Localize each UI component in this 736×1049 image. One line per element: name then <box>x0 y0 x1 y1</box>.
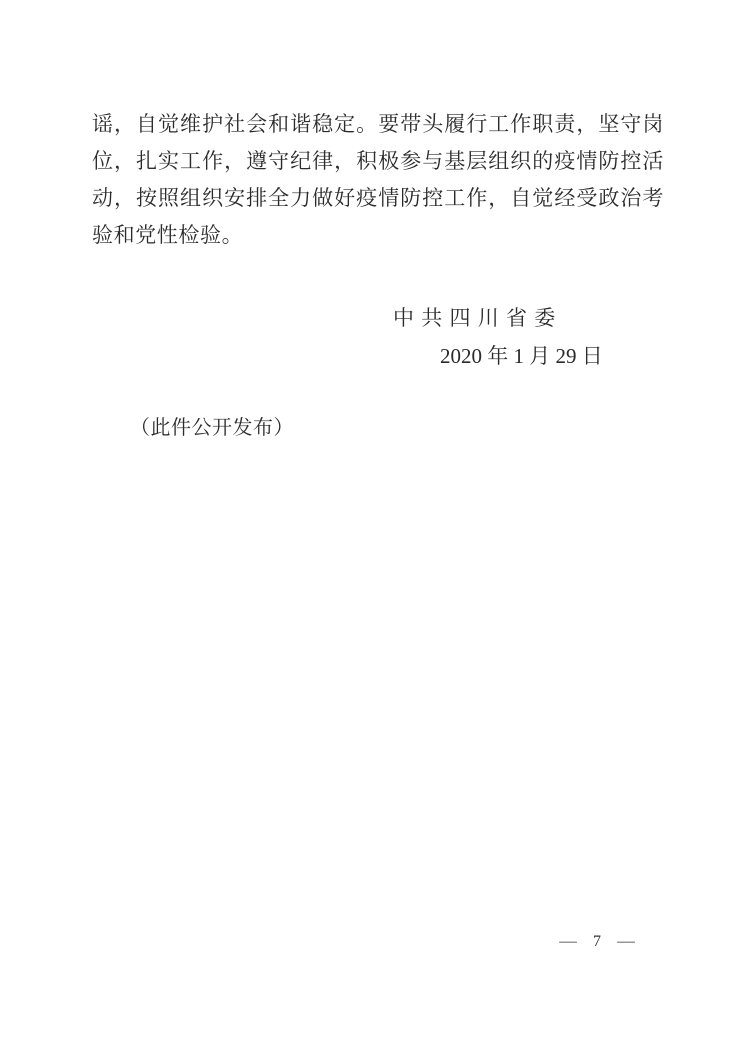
issuing-authority-signature: 中 共 四 川 省 委 <box>393 306 556 330</box>
document-page: 谣，自觉维护社会和谐稳定。要带头履行工作职责，坚守岗 位，扎实工作，遵守纪律，积… <box>0 0 736 1049</box>
public-release-note: （此件公开发布） <box>130 416 294 440</box>
body-line: 谣，自觉维护社会和谐稳定。要带头履行工作职责，坚守岗 <box>92 106 664 143</box>
body-line: 位，扎实工作，遵守纪律，积极参与基层组织的疫情防控活 <box>92 143 664 180</box>
page-number-footer: — 7 — <box>560 933 634 951</box>
body-paragraph: 谣，自觉维护社会和谐稳定。要带头履行工作职责，坚守岗 位，扎实工作，遵守纪律，积… <box>92 106 664 254</box>
page-number: 7 <box>593 933 601 951</box>
footer-dash-right: — <box>617 933 635 951</box>
document-date: 2020 年 1 月 29 日 <box>440 344 603 368</box>
footer-dash-left: — <box>559 933 577 951</box>
body-line: 动，按照组织安排全力做好疫情防控工作，自觉经受政治考 <box>92 180 664 217</box>
body-line: 验和党性检验。 <box>92 217 664 254</box>
